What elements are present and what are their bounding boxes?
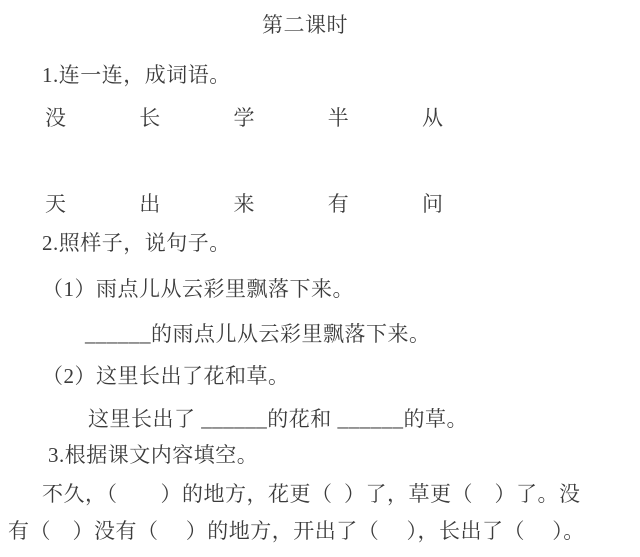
exercise2-item1-example: （1）雨点儿从云彩里飘落下来。 <box>42 277 354 301</box>
exercise1-heading: 1.连一连，成词语。 <box>42 63 231 87</box>
exercise3-fill-line-2: 有（ ）没有（ ）的地方，开出了（ ），长出了（ ）。 <box>8 519 585 543</box>
exercise2-item2-example: （2）这里长出了花和草。 <box>42 364 290 388</box>
match-row-top: 没 长 学 半 从 <box>45 106 443 130</box>
exercise3-heading: 3.根据课文内容填空。 <box>48 443 258 467</box>
match-word-top-3: 学 <box>234 106 255 130</box>
match-word-bottom-5: 问 <box>422 192 443 216</box>
worksheet-page: 第二课时 1.连一连，成词语。 没 长 学 半 从 天 出 来 有 问 2.照样… <box>0 0 640 557</box>
match-word-bottom-4: 有 <box>328 192 349 216</box>
exercise2-item1-fill-blank: ______的雨点儿从云彩里飘落下来。 <box>85 322 431 346</box>
match-word-top-4: 半 <box>328 106 349 130</box>
page-title: 第二课时 <box>0 13 610 37</box>
exercise2-item2-fill-blank: 这里长出了 ______的花和 ______的草。 <box>88 407 468 431</box>
exercise3-fill-line-1: 不久，（ ）的地方，花更（ ）了，草更（ ）了。没 <box>42 482 581 506</box>
match-word-top-2: 长 <box>139 106 160 130</box>
match-word-bottom-1: 天 <box>45 192 66 216</box>
exercise2-heading: 2.照样子，说句子。 <box>42 231 231 255</box>
match-row-bottom: 天 出 来 有 问 <box>45 192 443 216</box>
match-word-top-5: 从 <box>422 106 443 130</box>
match-word-bottom-3: 来 <box>234 192 255 216</box>
match-word-bottom-2: 出 <box>139 192 160 216</box>
match-word-top-1: 没 <box>45 106 66 130</box>
